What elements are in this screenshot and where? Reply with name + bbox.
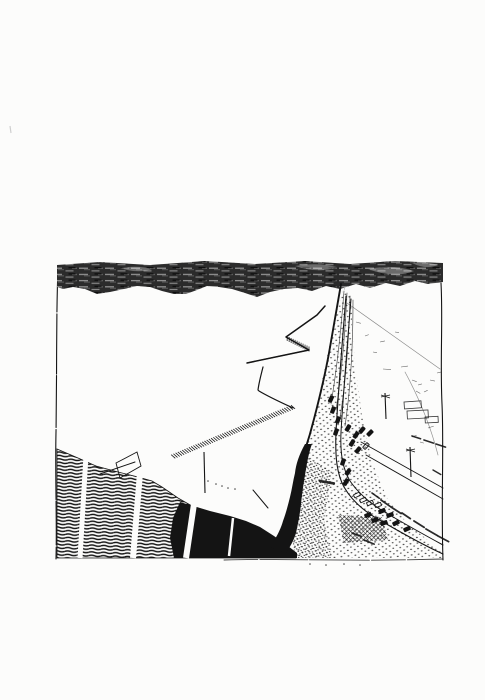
- book-page: [0, 0, 485, 700]
- upper-track-line: [347, 303, 440, 369]
- sky-band-texture: [57, 261, 443, 297]
- frame-right-border: [441, 283, 443, 560]
- coast-strip: [204, 288, 449, 558]
- field-crosshatch: [338, 515, 388, 543]
- sky-band: [57, 261, 443, 297]
- sea: [57, 449, 297, 558]
- stray-margin-mark: [10, 126, 11, 133]
- groyne-lower-link: [258, 367, 293, 408]
- buildings-group: [404, 401, 438, 423]
- sketch-specks: [356, 322, 441, 443]
- frame-bottom-border: [224, 559, 443, 560]
- etching-artwork: [0, 0, 485, 700]
